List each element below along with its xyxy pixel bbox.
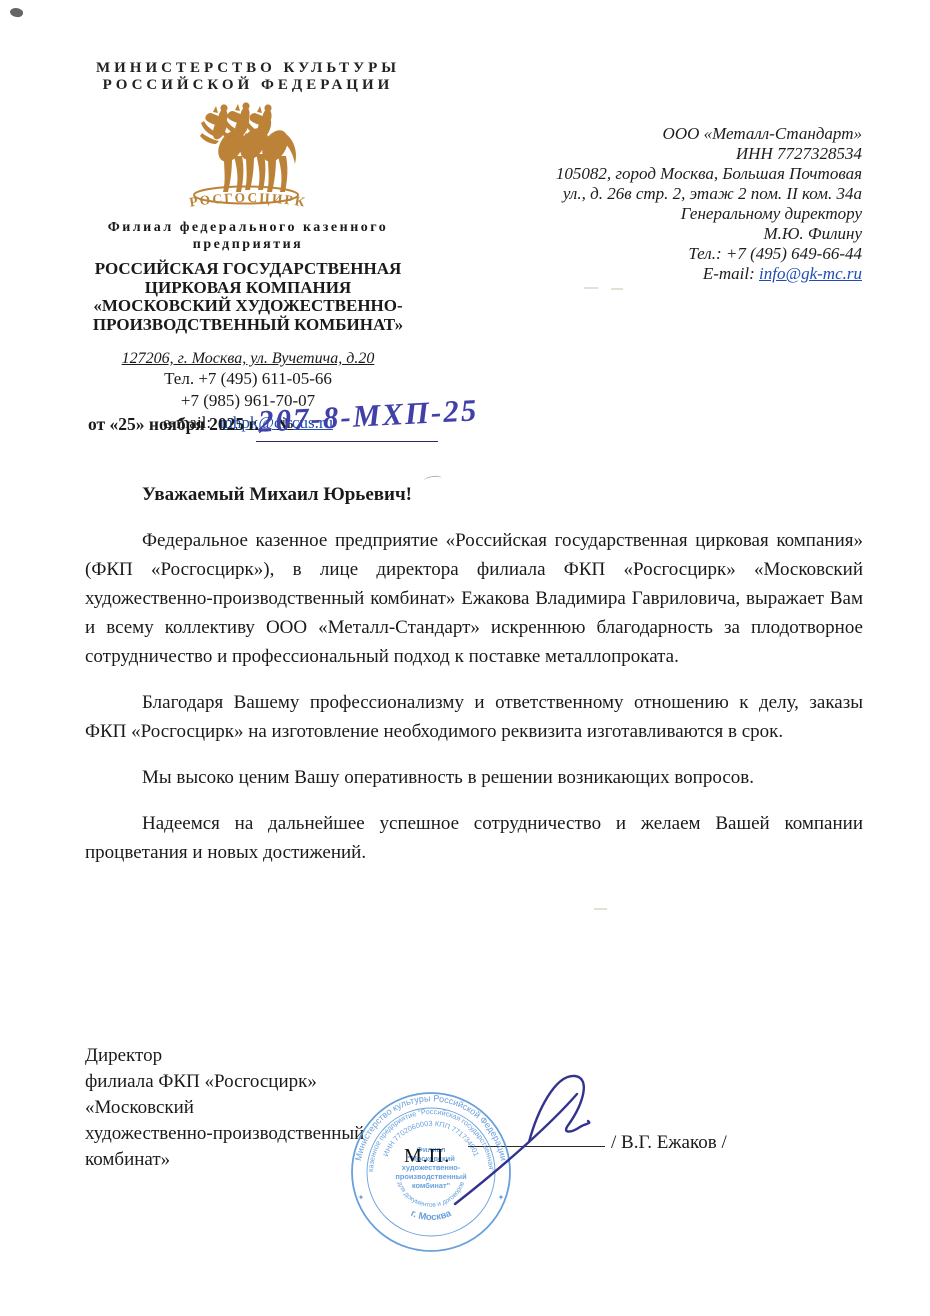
scan-artifact <box>584 287 598 289</box>
paragraph-4: Надеемся на дальнейшее успешное сотрудни… <box>85 809 863 867</box>
recipient-person: М.Ю. Филину <box>470 224 862 244</box>
ministry-name: МИНИСТЕРСТВО КУЛЬТУРЫ РОССИЙСКОЙ ФЕДЕРАЦ… <box>62 60 434 94</box>
recipient-company: ООО «Металл-Стандарт» <box>470 124 862 144</box>
scan-artifact <box>9 6 24 19</box>
filial-line2: предприятия <box>62 236 434 253</box>
company-name: РОССИЙСКАЯ ГОСУДАРСТВЕННАЯ ЦИРКОВАЯ КОМП… <box>62 260 434 334</box>
rosgoscirk-logo: РОСГОСЦИРК <box>158 100 338 215</box>
filial-line1: Филиал федерального казенного <box>62 219 434 236</box>
sender-phone-1: Тел. +7 (495) 611-05-66 <box>62 368 434 390</box>
scan-artifact <box>611 288 623 290</box>
ministry-line2: РОССИЙСКОЙ ФЕДЕРАЦИИ <box>62 77 434 94</box>
logo-wordmark: РОСГОСЦИРК <box>188 190 307 210</box>
letter-page: МИНИСТЕРСТВО КУЛЬТУРЫ РОССИЙСКОЙ ФЕДЕРАЦ… <box>0 0 930 1316</box>
salutation: Уважаемый Михаил Юрьевич! <box>85 480 863 509</box>
ministry-line1: МИНИСТЕРСТВО КУЛЬТУРЫ <box>62 60 434 77</box>
recipient-email-link[interactable]: info@gk-mc.ru <box>759 264 862 283</box>
paragraph-2: Благодаря Вашему профессионализму и отве… <box>85 688 863 746</box>
recipient-block: ООО «Металл-Стандарт» ИНН 7727328534 105… <box>470 124 862 284</box>
letter-body: Уважаемый Михаил Юрьевич! Федеральное ка… <box>85 480 863 884</box>
paragraph-1: Федеральное казенное предприятие «Россий… <box>85 526 863 671</box>
reference-date: от «25» ноября 2025 г., <box>88 414 263 434</box>
paragraph-3: Мы высоко ценим Вашу оперативность в реш… <box>85 763 863 792</box>
signatory-line1: Директор <box>85 1043 420 1069</box>
three-horses-icon: РОСГОСЦИРК <box>158 100 338 215</box>
company-line3: «МОСКОВСКИЙ ХУДОЖЕСТВЕННО- <box>62 297 434 316</box>
company-line2: ЦИРКОВАЯ КОМПАНИЯ <box>62 279 434 298</box>
recipient-position: Генеральному директору <box>470 204 862 224</box>
letterhead: МИНИСТЕРСТВО КУЛЬТУРЫ РОССИЙСКОЙ ФЕДЕРАЦ… <box>62 60 434 434</box>
company-line1: РОССИЙСКАЯ ГОСУДАРСТВЕННАЯ <box>62 260 434 279</box>
recipient-email-line: E-mail: info@gk-mc.ru <box>470 264 862 284</box>
stamp-star-left: ✦ <box>358 1193 365 1202</box>
scan-artifact <box>594 908 607 910</box>
company-line4: ПРОИЗВОДСТВЕННЫЙ КОМБИНАТ» <box>62 316 434 335</box>
sender-address: 127206, г. Москва, ул. Вучетича, д.20 <box>62 350 434 368</box>
recipient-email-label: E-mail: <box>703 264 755 283</box>
filial-caption: Филиал федерального казенного предприяти… <box>62 219 434 253</box>
handwritten-signature <box>425 1068 630 1218</box>
recipient-inn: ИНН 7727328534 <box>470 144 862 164</box>
recipient-address-1: 105082, город Москва, Большая Почтовая <box>470 164 862 184</box>
number-underline <box>256 441 438 442</box>
recipient-phone: Тел.: +7 (495) 649-66-44 <box>470 244 862 264</box>
recipient-address-2: ул., д. 26в стр. 2, этаж 2 пом. II ком. … <box>470 184 862 204</box>
